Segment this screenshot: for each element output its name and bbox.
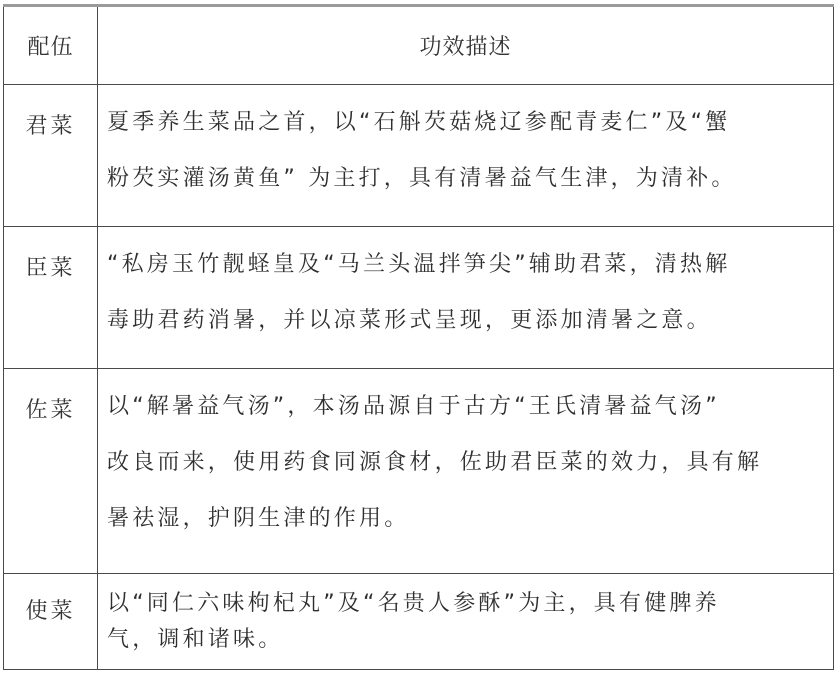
description-cell: 以“同仁六味枸杞丸”及“名贵人参酥”为主，具有健脾养 气，调和诸味。 xyxy=(98,574,834,670)
role-cell: 臣菜 xyxy=(4,227,98,369)
formula-pairing-table: 配伍 功效描述 君菜 夏季养生菜品之首，以“石斛芡菇烧辽参配青麦仁”及“蟹 粉芡… xyxy=(3,4,834,670)
description-line: 暑祛湿，护阴生津的作用。 xyxy=(107,491,827,547)
table-row: 使菜 以“同仁六味枸杞丸”及“名贵人参酥”为主，具有健脾养 气，调和诸味。 xyxy=(4,574,834,670)
header-description: 功效描述 xyxy=(98,6,834,85)
header-role: 配伍 xyxy=(4,6,98,85)
role-label: 使菜 xyxy=(4,574,97,625)
description-cell: 夏季养生菜品之首，以“石斛芡菇烧辽参配青麦仁”及“蟹 粉芡实灌汤黄鱼” 为主打，… xyxy=(98,85,834,227)
table-row: 臣菜 “私房玉竹靓蛏皇及“马兰头温拌笋尖”辅助君菜，清热解 毒助君药消暑，并以凉… xyxy=(4,227,834,369)
description-line: 夏季养生菜品之首，以“石斛芡菇烧辽参配青麦仁”及“蟹 xyxy=(107,95,827,151)
description-line: 毒助君药消暑，并以凉菜形式呈现，更添加清暑之意。 xyxy=(107,293,827,349)
description-line: 以“同仁六味枸杞丸”及“名贵人参酥”为主，具有健脾养 xyxy=(107,586,827,622)
table-row: 佐菜 以“解暑益气汤”，本汤品源自于古方“王氏清暑益气汤” 改良而来，使用药食同… xyxy=(4,369,834,574)
description-line: 以“解暑益气汤”，本汤品源自于古方“王氏清暑益气汤” xyxy=(107,379,827,435)
role-label: 佐菜 xyxy=(4,369,97,424)
table-row: 君菜 夏季养生菜品之首，以“石斛芡菇烧辽参配青麦仁”及“蟹 粉芡实灌汤黄鱼” 为… xyxy=(4,85,834,227)
table-header-row: 配伍 功效描述 xyxy=(4,6,834,85)
description-cell: 以“解暑益气汤”，本汤品源自于古方“王氏清暑益气汤” 改良而来，使用药食同源食材… xyxy=(98,369,834,574)
description-line: 粉芡实灌汤黄鱼” 为主打，具有清暑益气生津，为清补。 xyxy=(107,151,827,207)
description-line: 气，调和诸味。 xyxy=(107,622,827,658)
role-cell: 佐菜 xyxy=(4,369,98,574)
description-cell: “私房玉竹靓蛏皇及“马兰头温拌笋尖”辅助君菜，清热解 毒助君药消暑，并以凉菜形式… xyxy=(98,227,834,369)
description-line: 改良而来，使用药食同源食材，佐助君臣菜的效力，具有解 xyxy=(107,435,827,491)
role-cell: 君菜 xyxy=(4,85,98,227)
role-label: 臣菜 xyxy=(4,227,97,282)
description-line: “私房玉竹靓蛏皇及“马兰头温拌笋尖”辅助君菜，清热解 xyxy=(107,237,827,293)
role-cell: 使菜 xyxy=(4,574,98,670)
role-label: 君菜 xyxy=(4,85,97,140)
